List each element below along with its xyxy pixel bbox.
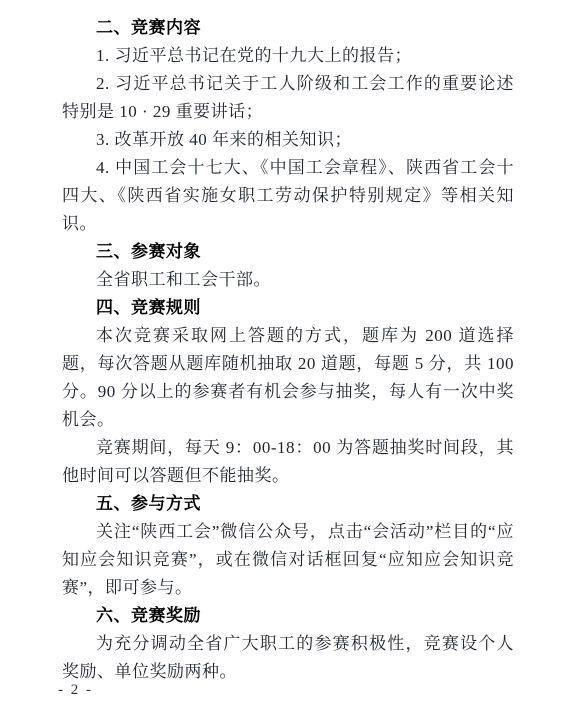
- section-heading-how-to-join: 五、参与方式: [62, 490, 514, 518]
- section-heading-rules: 四、竞赛规则: [62, 294, 514, 322]
- paragraph-rules-1: 本次竞赛采取网上答题的方式，题库为 200 道选择题，每次答题从题库随机抽取 2…: [62, 322, 514, 434]
- paragraph-rules-2: 竞赛期间，每天 9：00-18：00 为答题抽奖时间段，其他时间可以答题但不能抽…: [62, 434, 514, 490]
- section-heading-awards: 六、竞赛奖励: [62, 602, 514, 630]
- page-number: - 2 -: [58, 681, 93, 699]
- document-body: 二、竞赛内容 1. 习近平总书记在党的十九大上的报告； 2. 习近平总书记关于工…: [62, 14, 514, 686]
- paragraph-awards: 为充分调动全省广大职工的参赛积极性，竞赛设个人奖励、单位奖励两种。: [62, 630, 514, 686]
- document-page: 二、竞赛内容 1. 习近平总书记在党的十九大上的报告； 2. 习近平总书记关于工…: [0, 0, 572, 720]
- paragraph-content-item-2: 2. 习近平总书记关于工人阶级和工会工作的重要论述特别是 10 · 29 重要讲…: [62, 70, 514, 126]
- paragraph-participants: 全省职工和工会干部。: [62, 266, 514, 294]
- paragraph-content-item-1: 1. 习近平总书记在党的十九大上的报告；: [62, 42, 514, 70]
- section-heading-contest-content: 二、竞赛内容: [62, 14, 514, 42]
- paragraph-how-to-join: 关注“陕西工会”微信公众号，点击“会活动”栏目的“应知应会知识竞赛”，或在微信对…: [62, 518, 514, 602]
- paragraph-content-item-3: 3. 改革开放 40 年来的相关知识；: [62, 126, 514, 154]
- paragraph-content-item-4: 4. 中国工会十七大、《中国工会章程》、陕西省工会十四大、《陕西省实施女职工劳动…: [62, 154, 514, 238]
- section-heading-participants: 三、参赛对象: [62, 238, 514, 266]
